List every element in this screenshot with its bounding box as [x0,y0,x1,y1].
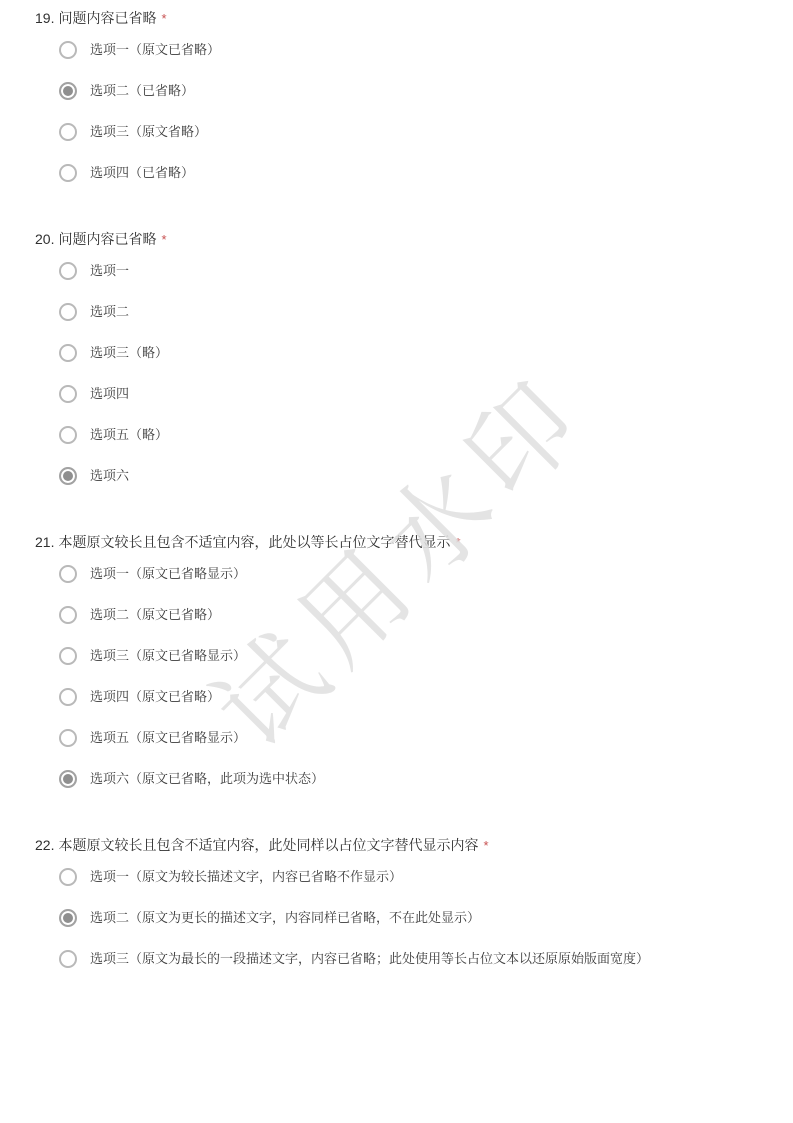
radio-button[interactable] [59,123,77,141]
option-label: 选项三（略） [90,345,168,361]
question-title-row: 19.问题内容已省略* [35,8,773,29]
option-label: 选项一 [90,263,129,279]
question-number: 20. [35,231,54,247]
radio-button-selected[interactable] [59,467,77,485]
radio-button[interactable] [59,606,77,624]
form-page: 19.问题内容已省略*选项一（原文已省略）选项二（已省略）选项三（原文省略）选项… [0,0,793,1123]
question-block: 22.本题原文较长且包含不适宜内容，此处同样以占位文字替代显示内容*选项一（原文… [35,835,773,979]
question-title: 本题原文较长且包含不适宜内容，此处同样以占位文字替代显示内容 [58,837,478,853]
question-title: 问题内容已省略 [58,10,156,26]
question-number: 19. [35,10,54,26]
option-label: 选项五（略） [90,427,168,443]
radio-button[interactable] [59,688,77,706]
option-label: 选项三（原文已省略显示） [90,648,246,664]
option-label: 选项一（原文为较长描述文字，内容已省略不作显示） [90,869,402,885]
radio-button[interactable] [59,868,77,886]
radio-button-selected[interactable] [59,770,77,788]
question-title-row: 20.问题内容已省略* [35,229,773,250]
option-label: 选项六（原文已省略，此项为选中状态） [90,771,324,787]
radio-button[interactable] [59,41,77,59]
radio-button[interactable] [59,426,77,444]
question-block: 21.本题原文较长且包含不适宜内容，此处以等长占位文字替代显示*选项一（原文已省… [35,532,773,799]
radio-button[interactable] [59,303,77,321]
question-list: 19.问题内容已省略*选项一（原文已省略）选项二（已省略）选项三（原文省略）选项… [35,8,773,979]
option-row[interactable]: 选项六（原文已省略，此项为选中状态） [59,758,773,799]
option-label: 选项四 [90,386,129,402]
radio-button[interactable] [59,729,77,747]
radio-button[interactable] [59,344,77,362]
question-block: 20.问题内容已省略*选项一选项二选项三（略）选项四选项五（略）选项六 [35,229,773,496]
option-label: 选项一（原文已省略显示） [90,566,246,582]
option-row[interactable]: 选项一（原文已省略） [59,29,773,70]
option-label: 选项五（原文已省略显示） [90,730,246,746]
required-asterisk: * [455,535,460,550]
option-row[interactable]: 选项二（已省略） [59,70,773,111]
option-label: 选项二 [90,304,129,320]
option-row[interactable]: 选项二（原文已省略） [59,594,773,635]
option-row[interactable]: 选项二 [59,291,773,332]
radio-button-selected[interactable] [59,909,77,927]
radio-button[interactable] [59,565,77,583]
question-title-row: 22.本题原文较长且包含不适宜内容，此处同样以占位文字替代显示内容* [35,835,773,856]
question-number: 21. [35,534,54,550]
option-row[interactable]: 选项四（已省略） [59,152,773,193]
option-row[interactable]: 选项三（原文已省略显示） [59,635,773,676]
question-title: 本题原文较长且包含不适宜内容，此处以等长占位文字替代显示 [58,534,450,550]
option-label: 选项四（原文已省略） [90,689,220,705]
option-row[interactable]: 选项一（原文为较长描述文字，内容已省略不作显示） [59,856,773,897]
required-asterisk: * [161,11,166,26]
option-label: 选项四（已省略） [90,165,194,181]
question-number: 22. [35,837,54,853]
radio-button[interactable] [59,164,77,182]
radio-button[interactable] [59,647,77,665]
radio-button-selected[interactable] [59,82,77,100]
option-row[interactable]: 选项三（原文省略） [59,111,773,152]
option-row[interactable]: 选项六 [59,455,773,496]
question-title-row: 21.本题原文较长且包含不适宜内容，此处以等长占位文字替代显示* [35,532,773,553]
option-row[interactable]: 选项二（原文为更长的描述文字，内容同样已省略，不在此处显示） [59,897,773,938]
option-label: 选项二（原文为更长的描述文字，内容同样已省略，不在此处显示） [90,910,480,926]
option-row[interactable]: 选项四 [59,373,773,414]
option-row[interactable]: 选项四（原文已省略） [59,676,773,717]
radio-button[interactable] [59,262,77,280]
option-label: 选项二（原文已省略） [90,607,220,623]
option-label: 选项一（原文已省略） [90,42,220,58]
required-asterisk: * [161,232,166,247]
option-row[interactable]: 选项五（原文已省略显示） [59,717,773,758]
option-row[interactable]: 选项三（略） [59,332,773,373]
radio-button[interactable] [59,385,77,403]
question-block: 19.问题内容已省略*选项一（原文已省略）选项二（已省略）选项三（原文省略）选项… [35,8,773,193]
option-label: 选项六 [90,468,129,484]
required-asterisk: * [483,838,488,853]
question-title: 问题内容已省略 [58,231,156,247]
radio-button[interactable] [59,950,77,968]
option-label: 选项二（已省略） [90,83,194,99]
option-label: 选项三（原文省略） [90,124,207,140]
option-row[interactable]: 选项三（原文为最长的一段描述文字，内容已省略；此处使用等长占位文本以还原原始版面… [59,938,773,979]
option-row[interactable]: 选项五（略） [59,414,773,455]
option-row[interactable]: 选项一 [59,250,773,291]
option-label: 选项三（原文为最长的一段描述文字，内容已省略；此处使用等长占位文本以还原原始版面… [90,951,649,967]
option-row[interactable]: 选项一（原文已省略显示） [59,553,773,594]
